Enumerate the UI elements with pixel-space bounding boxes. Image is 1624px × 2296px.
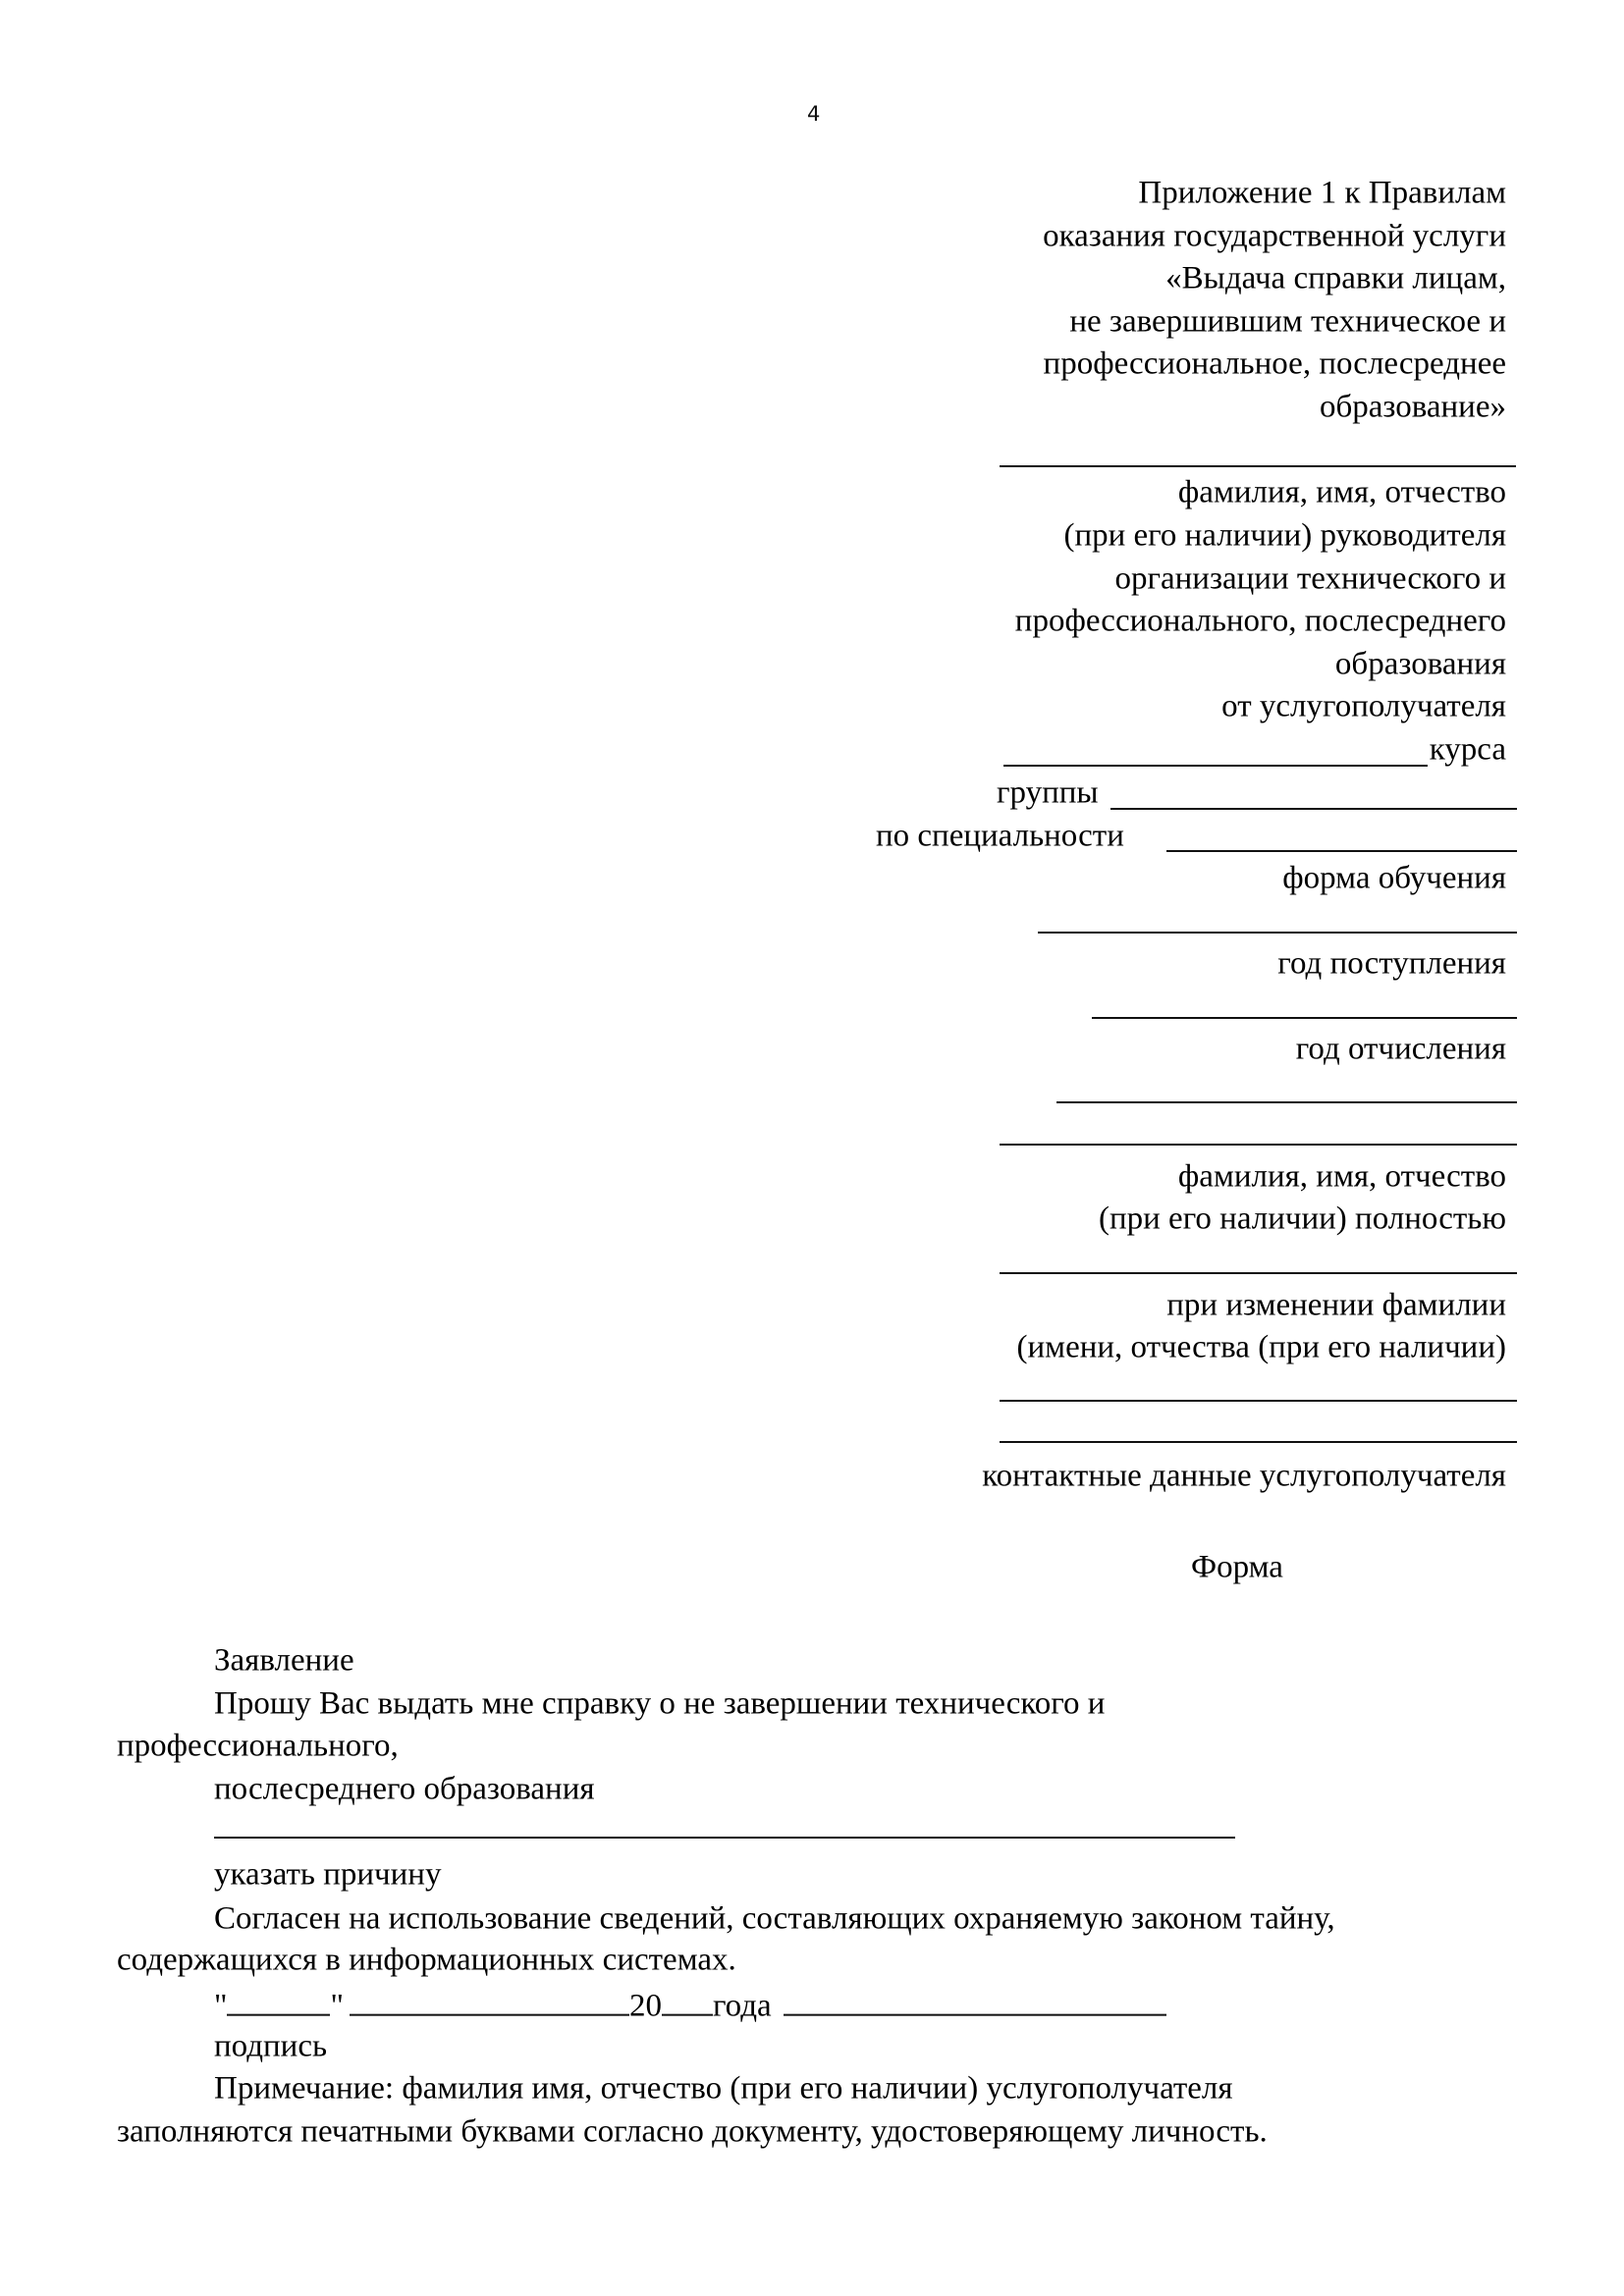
specialty-label: по специальности bbox=[876, 821, 1124, 853]
admission-year-label: год поступления bbox=[1277, 948, 1506, 981]
contact-label: контактные данные услугополучателя bbox=[982, 1461, 1506, 1493]
head-name-blank[interactable] bbox=[1000, 465, 1516, 467]
date-quote-close: " bbox=[330, 1988, 343, 2023]
appendix-header-line: не завершившим техническое и bbox=[1069, 306, 1506, 339]
date-line: ""20года bbox=[214, 1985, 1166, 2023]
request-line: профессионального, bbox=[117, 1731, 399, 1763]
consent-line: Согласен на использование сведений, сост… bbox=[214, 1903, 1335, 1936]
appendix-header-line: Приложение 1 к Правилам bbox=[1138, 178, 1506, 210]
name-change-caption: при изменении фамилии bbox=[1166, 1290, 1506, 1322]
date-century: 20 bbox=[629, 1988, 662, 2023]
request-line: послесреднего образования bbox=[214, 1774, 595, 1806]
appendix-header-line: оказания государственной услуги bbox=[1043, 221, 1506, 253]
appendix-header-line: профессиональное, послесреднее bbox=[1044, 348, 1506, 381]
expulsion-year-blank[interactable] bbox=[1056, 1101, 1517, 1103]
admission-year-blank[interactable] bbox=[1092, 1017, 1517, 1019]
request-line: Прошу Вас выдать мне справку о не заверш… bbox=[214, 1688, 1105, 1721]
year-blank[interactable] bbox=[662, 1985, 713, 2016]
group-label: группы bbox=[997, 777, 1099, 810]
page-number: 4 bbox=[807, 102, 820, 126]
signature-caption: подпись bbox=[214, 2031, 327, 2063]
full-name-blank[interactable] bbox=[1000, 1144, 1517, 1146]
date-year-word: года bbox=[713, 1988, 772, 2023]
course-label: курса bbox=[1430, 734, 1506, 767]
addressee-caption-line: фамилия, имя, отчество bbox=[1178, 477, 1506, 509]
note-line: Примечание: фамилия имя, отчество (при е… bbox=[214, 2073, 1233, 2106]
group-blank[interactable] bbox=[1110, 808, 1517, 810]
specialty-blank[interactable] bbox=[1166, 850, 1517, 852]
form-label: Форма bbox=[1191, 1552, 1283, 1584]
full-name-caption: (при его наличии) полностью bbox=[1099, 1203, 1506, 1236]
course-blank[interactable] bbox=[1003, 765, 1428, 767]
from-label: от услугополучателя bbox=[1221, 691, 1506, 723]
statement-title: Заявление bbox=[214, 1645, 354, 1678]
note-line: заполняются печатными буквами согласно д… bbox=[117, 2116, 1268, 2149]
name-change-blank[interactable] bbox=[1000, 1272, 1517, 1274]
contact-blank-1[interactable] bbox=[1000, 1400, 1517, 1402]
signature-blank[interactable] bbox=[784, 1985, 1166, 2016]
full-name-caption: фамилия, имя, отчество bbox=[1178, 1161, 1506, 1194]
addressee-caption-line: образования bbox=[1335, 649, 1506, 681]
consent-line: содержащихся в информационных системах. bbox=[117, 1945, 736, 1977]
study-form-blank[interactable] bbox=[1038, 932, 1517, 934]
appendix-header-line: «Выдача справки лицам, bbox=[1165, 263, 1506, 295]
expulsion-year-label: год отчисления bbox=[1296, 1034, 1506, 1066]
reason-blank[interactable] bbox=[214, 1837, 1235, 1839]
addressee-caption-line: профессионального, послесреднего bbox=[1015, 606, 1506, 638]
study-form-label: форма обучения bbox=[1282, 863, 1506, 895]
document-page: 4 Приложение 1 к Правилам оказания госуд… bbox=[0, 0, 1624, 2296]
addressee-caption-line: (при его наличии) руководителя bbox=[1063, 520, 1506, 553]
day-blank[interactable] bbox=[227, 1985, 330, 2016]
appendix-header-line: образование» bbox=[1320, 392, 1506, 424]
month-blank[interactable] bbox=[350, 1985, 629, 2016]
contact-blank-2[interactable] bbox=[1000, 1441, 1517, 1443]
addressee-caption-line: организации технического и bbox=[1114, 563, 1506, 596]
reason-caption: указать причину bbox=[214, 1859, 441, 1892]
date-quote-open: " bbox=[214, 1988, 227, 2023]
name-change-caption: (имени, отчества (при его наличии) bbox=[1017, 1332, 1506, 1364]
